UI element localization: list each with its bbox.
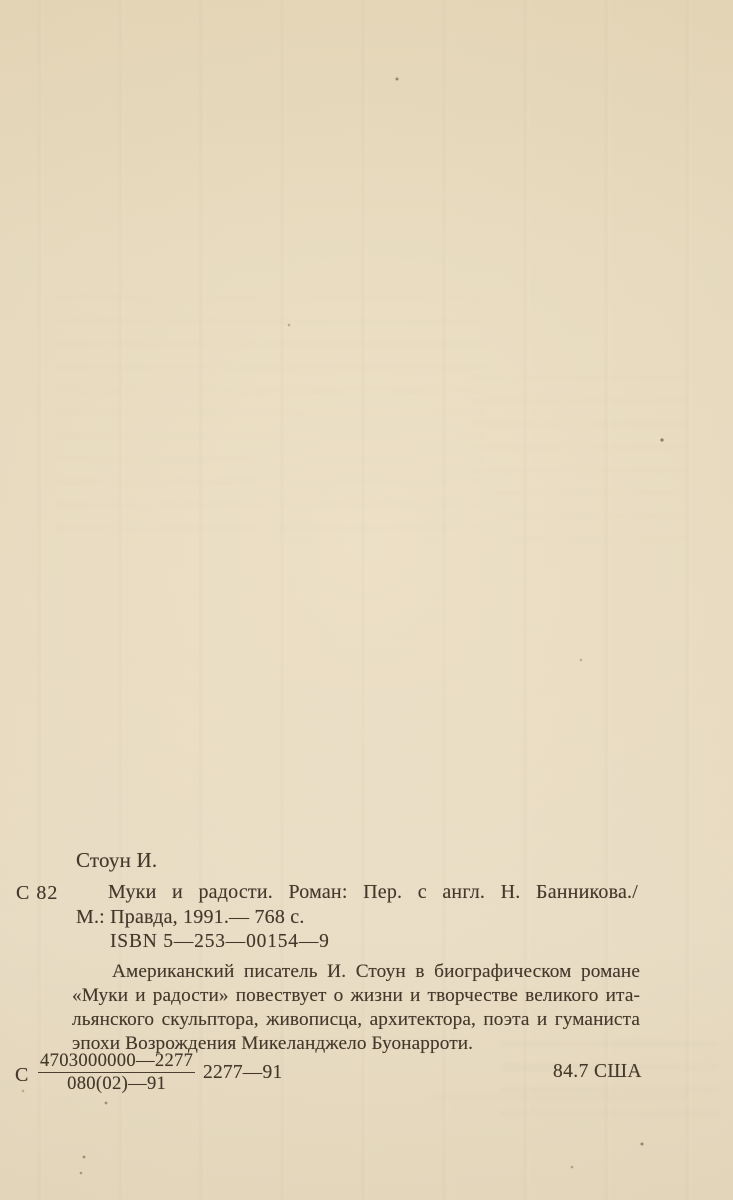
catalog-fraction-numerator: 4703000000—2277: [38, 1051, 195, 1073]
show-through-ghost: [430, 1090, 685, 1116]
show-through-ghost: [55, 290, 485, 540]
title-statement-line1: Муки и радости. Роман: Пер. с англ. Н. Б…: [108, 881, 638, 904]
author-line: Стоун И.: [76, 848, 157, 873]
catalog-fraction: 4703000000—2277 080(02)—91: [38, 1051, 195, 1094]
annotation-line: льянского скульптора, живописца, архитек…: [72, 1008, 640, 1032]
book-imprint-page-scan: Стоун И. С 82 Муки и радости. Роман: Пер…: [0, 0, 733, 1200]
show-through-ghost: [470, 370, 690, 550]
annotation-line: «Муки и радости» повествует о жизни и тв…: [72, 984, 640, 1008]
library-index-code: С 82: [16, 882, 58, 905]
catalog-prefix-letter: С: [15, 1064, 29, 1087]
order-number: 2277—91: [203, 1062, 282, 1084]
annotation-paragraph: Американский писатель И. Стоун в биограф…: [72, 960, 640, 1056]
catalog-fraction-denominator: 080(02)—91: [67, 1073, 166, 1094]
title-statement-line2: М.: Правда, 1991.— 768 с.: [76, 906, 305, 929]
bbk-classification-code: 84.7 США: [553, 1061, 642, 1083]
paper-specks: [0, 0, 2, 2]
isbn-line: ISBN 5—253—00154—9: [110, 931, 330, 953]
annotation-line: Американский писатель И. Стоун в биограф…: [72, 960, 640, 984]
